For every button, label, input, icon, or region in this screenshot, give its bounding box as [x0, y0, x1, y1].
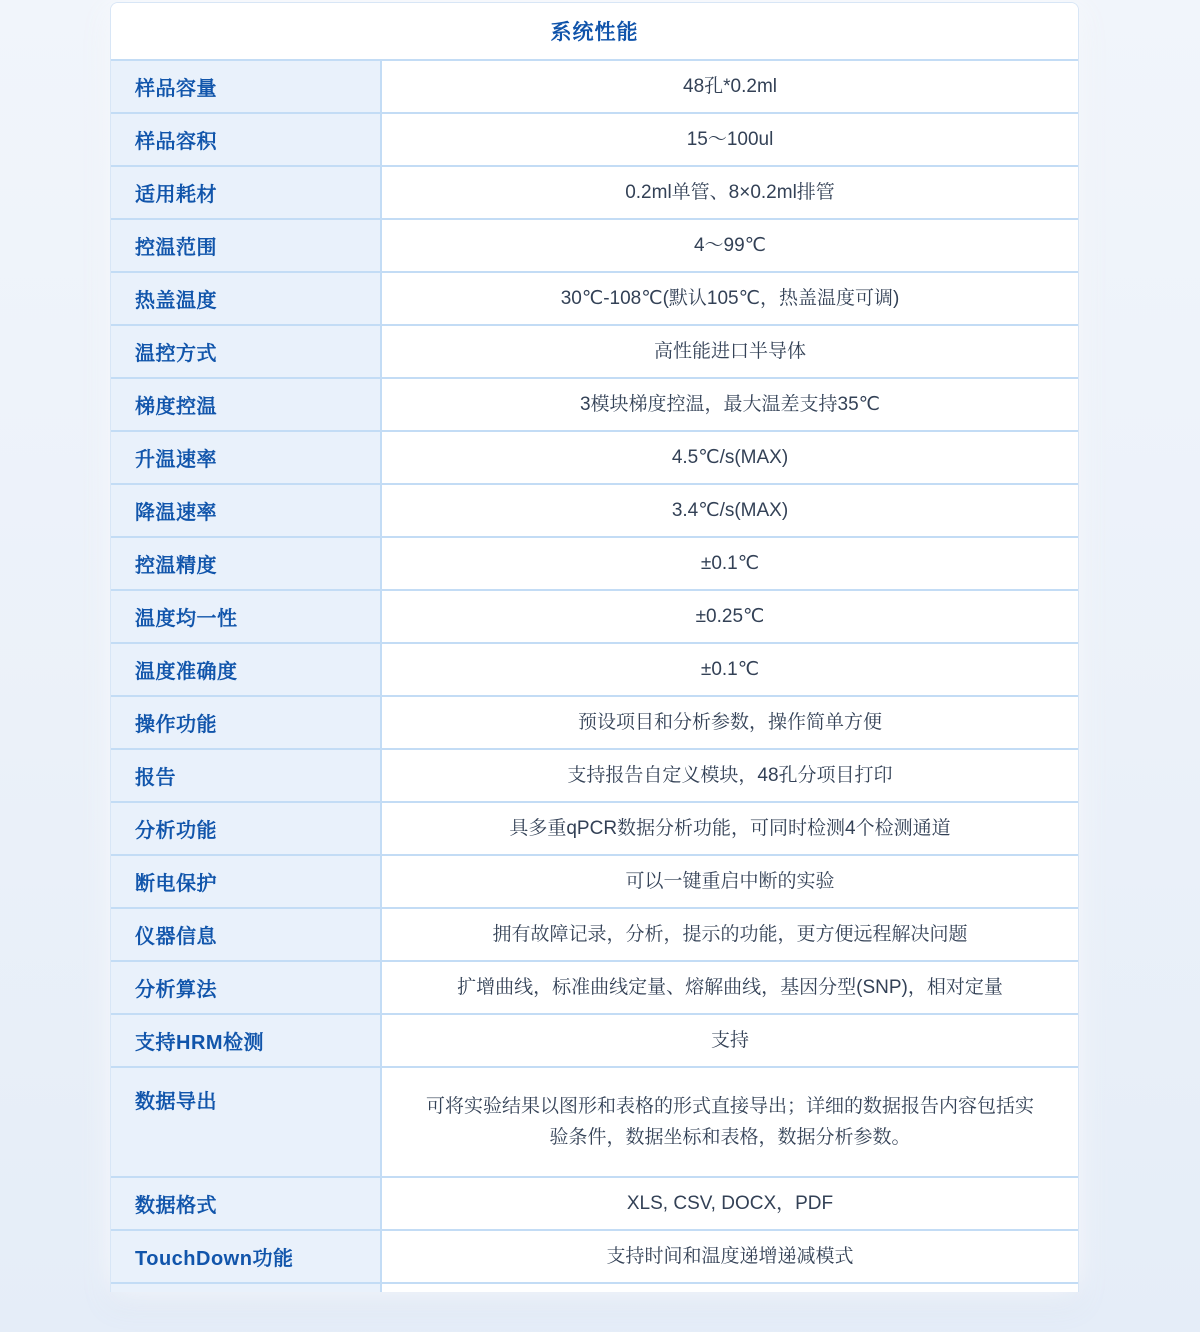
spec-value: ±0.1℃: [382, 538, 1078, 589]
spec-label: 温度准确度: [111, 644, 382, 695]
spec-label: 降温速率: [111, 485, 382, 536]
spec-row: 分析功能 具多重qPCR数据分析功能，可同时检测4个检测通道: [111, 803, 1078, 856]
spec-value: 4～99℃: [382, 220, 1078, 271]
spec-row: 升温速率 4.5℃/s(MAX): [111, 432, 1078, 485]
spec-row: 控温范围 4～99℃: [111, 220, 1078, 273]
spec-value: 支持: [382, 1015, 1078, 1066]
spec-label: 热盖温度: [111, 273, 382, 324]
spec-label: 操作功能: [111, 697, 382, 748]
spec-label: 数据格式: [111, 1178, 382, 1229]
spec-row: 梯度控温 3模块梯度控温，最大温差支持35℃: [111, 379, 1078, 432]
spec-value: 3模块梯度控温，最大温差支持35℃: [382, 379, 1078, 430]
spec-label: 控温范围: [111, 220, 382, 271]
spec-row: 断电保护 可以一键重启中断的实验: [111, 856, 1078, 909]
spec-label: 样品容量: [111, 61, 382, 112]
spec-value: ±0.25℃: [382, 591, 1078, 642]
spec-row: 仪器信息 拥有故障记录，分析，提示的功能，更方便远程解决问题: [111, 909, 1078, 962]
spec-value: 支持报告自定义模块，48孔分项目打印: [382, 750, 1078, 801]
spec-value: 可将实验结果以图形和表格的形式直接导出；详细的数据报告内容包括实验条件，数据坐标…: [382, 1068, 1078, 1176]
spec-row: 适用耗材 0.2ml单管、8×0.2ml排管: [111, 167, 1078, 220]
spec-value: 高性能进口半导体: [382, 326, 1078, 377]
spec-row: 降温速率 3.4℃/s(MAX): [111, 485, 1078, 538]
spec-label: 数据导出: [111, 1068, 382, 1176]
spec-label: 仪器信息: [111, 909, 382, 960]
spec-value: 拥有故障记录，分析，提示的功能，更方便远程解决问题: [382, 909, 1078, 960]
spec-label: [111, 1284, 382, 1292]
spec-row: 报告 支持报告自定义模块，48孔分项目打印: [111, 750, 1078, 803]
spec-label: 支持HRM检测: [111, 1015, 382, 1066]
spec-table-body: 样品容量 48孔*0.2ml 样品容积 15～100ul 适用耗材 0.2ml单…: [111, 61, 1078, 1284]
spec-label: 控温精度: [111, 538, 382, 589]
spec-table-card: 系统性能 样品容量 48孔*0.2ml 样品容积 15～100ul 适用耗材 0…: [110, 2, 1079, 1292]
spec-label: 报告: [111, 750, 382, 801]
spec-label: 分析功能: [111, 803, 382, 854]
spec-value: 48孔*0.2ml: [382, 61, 1078, 112]
spec-row: 支持HRM检测 支持: [111, 1015, 1078, 1068]
spec-row: 温控方式 高性能进口半导体: [111, 326, 1078, 379]
spec-row: 数据格式 XLS, CSV, DOCX，PDF: [111, 1178, 1078, 1231]
spec-value: 0.2ml单管、8×0.2ml排管: [382, 167, 1078, 218]
spec-value: 支持时间和温度递增递减模式: [382, 1231, 1078, 1282]
spec-row: 样品容量 48孔*0.2ml: [111, 61, 1078, 114]
spec-label: 温度均一性: [111, 591, 382, 642]
spec-value: 具多重qPCR数据分析功能，可同时检测4个检测通道: [382, 803, 1078, 854]
spec-label: 分析算法: [111, 962, 382, 1013]
spec-row: 数据导出 可将实验结果以图形和表格的形式直接导出；详细的数据报告内容包括实验条件…: [111, 1068, 1078, 1178]
spec-row: 热盖温度 30℃-108℃(默认105℃，热盖温度可调): [111, 273, 1078, 326]
spec-row: 操作功能 预设项目和分析参数，操作简单方便: [111, 697, 1078, 750]
spec-value: 30℃-108℃(默认105℃，热盖温度可调): [382, 273, 1078, 324]
spec-row: 样品容积 15～100ul: [111, 114, 1078, 167]
spec-row: 温度准确度 ±0.1℃: [111, 644, 1078, 697]
spec-value: 扩增曲线，标准曲线定量、熔解曲线，基因分型(SNP)，相对定量: [382, 962, 1078, 1013]
spec-row-partial: [111, 1284, 1078, 1292]
spec-row: 温度均一性 ±0.25℃: [111, 591, 1078, 644]
spec-value: [382, 1284, 1078, 1292]
spec-value: XLS, CSV, DOCX，PDF: [382, 1178, 1078, 1229]
spec-label: 断电保护: [111, 856, 382, 907]
spec-label: 温控方式: [111, 326, 382, 377]
spec-label: 适用耗材: [111, 167, 382, 218]
spec-row: 分析算法 扩增曲线，标准曲线定量、熔解曲线，基因分型(SNP)，相对定量: [111, 962, 1078, 1015]
spec-value: 预设项目和分析参数，操作简单方便: [382, 697, 1078, 748]
spec-value: 3.4℃/s(MAX): [382, 485, 1078, 536]
spec-row: TouchDown功能 支持时间和温度递增递减模式: [111, 1231, 1078, 1284]
spec-value: 4.5℃/s(MAX): [382, 432, 1078, 483]
spec-row: 控温精度 ±0.1℃: [111, 538, 1078, 591]
spec-label: 样品容积: [111, 114, 382, 165]
spec-label: TouchDown功能: [111, 1231, 382, 1282]
spec-label: 梯度控温: [111, 379, 382, 430]
spec-value: 15～100ul: [382, 114, 1078, 165]
spec-label: 升温速率: [111, 432, 382, 483]
spec-value: 可以一键重启中断的实验: [382, 856, 1078, 907]
spec-table-title: 系统性能: [111, 3, 1078, 61]
spec-value: ±0.1℃: [382, 644, 1078, 695]
